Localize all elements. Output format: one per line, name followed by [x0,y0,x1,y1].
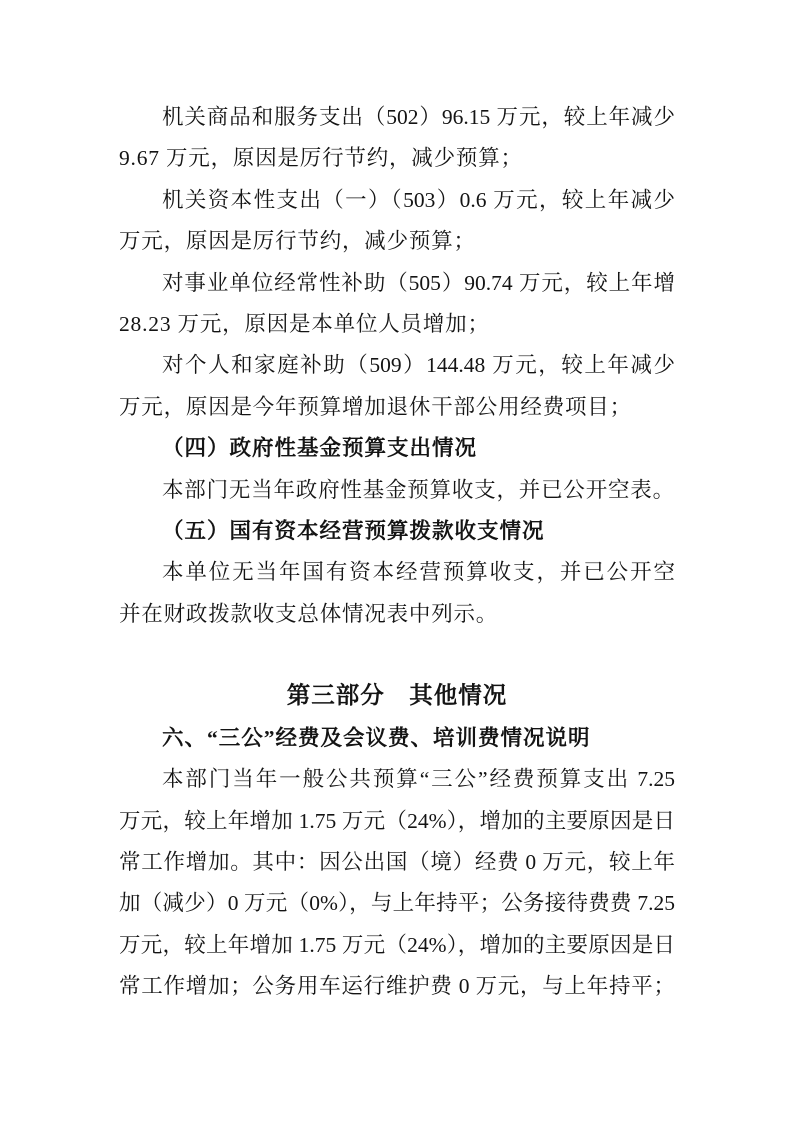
body-text-line: 常工作增加。其中：因公出国（境）经费 0 万元，较上年增 [119,842,675,883]
body-text-line: 本部门无当年政府性基金预算收支，并已公开空表。 [119,470,675,511]
body-text-line: 9.67 万元，原因是厉行节约，减少预算； [119,138,675,179]
body-text-line: 常工作增加；公务用车运行维护费 0 万元，与上年持平；公 [119,966,675,1007]
text-body: 机关商品和服务支出（502）96.15 万元，较上年减少9.67 万元，原因是厉… [119,97,675,1008]
body-text-line: 对个人和家庭补助（509）144.48 万元，较上年减少 144 [119,345,675,386]
body-text-line: 加（减少）0 万元（0%），与上年持平；公务接待费费 7.25 [119,883,675,924]
subsection-heading: （五）国有资本经营预算拨款收支情况 [119,511,675,552]
part-heading: 第三部分 其他情况 [119,676,675,717]
body-text-line: 对事业单位经常性补助（505）90.74 万元，较上年增加 [119,263,675,304]
body-text-line: 机关资本性支出（一）（503）0.6 万元，较上年减少 0.55 [119,180,675,221]
body-text-line: 本部门当年一般公共预算“三公”经费预算支出 7.25 [119,759,675,800]
body-text-line: 本单位无当年国有资本经营预算收支，并已公开空表， [119,552,675,593]
body-text-line: 万元，较上年增加 1.75 万元（24%），增加的主要原因是日 [119,801,675,842]
body-text-line: 万元，原因是厉行节约，减少预算； [119,221,675,262]
body-text-line: 万元，原因是今年预算增加退休干部公用经费项目； [119,387,675,428]
subsection-heading: 六、“三公”经费及会议费、培训费情况说明 [119,718,675,759]
body-text-line: 28.23 万元，原因是本单位人员增加； [119,304,675,345]
blank-line [119,635,675,676]
body-text-line: 并在财政拨款收支总体情况表中列示。 [119,594,675,635]
body-text-line: 机关商品和服务支出（502）96.15 万元，较上年减少 [119,97,675,138]
document-page: 机关商品和服务支出（502）96.15 万元，较上年减少9.67 万元，原因是厉… [0,0,793,1122]
body-text-line: 万元，较上年增加 1.75 万元（24%），增加的主要原因是日 [119,925,675,966]
subsection-heading: （四）政府性基金预算支出情况 [119,428,675,469]
